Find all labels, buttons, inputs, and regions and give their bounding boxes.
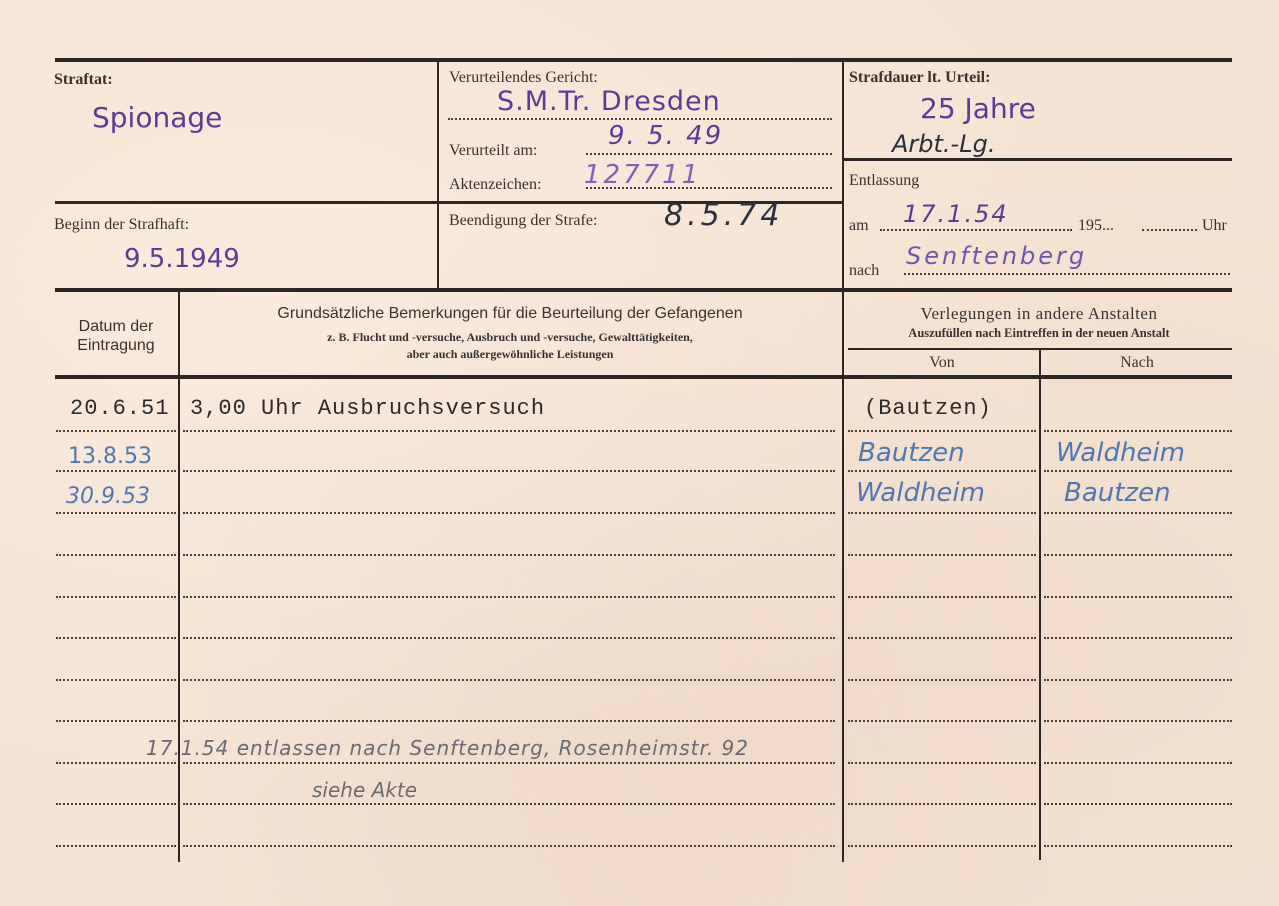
row-dotted-line (183, 845, 835, 847)
begin-value: 9.5.1949 (124, 244, 240, 274)
release-time-label: Uhr (1202, 217, 1227, 235)
release-year-label: 195... (1078, 217, 1114, 235)
end-value: 8.5.74 (664, 198, 783, 233)
row-dotted-line (848, 845, 1036, 847)
rule-table-header-bottom (55, 375, 1232, 379)
row-dotted-line (1044, 596, 1232, 598)
release-dest-value: Senftenberg (906, 242, 1087, 270)
row-dotted-line (848, 762, 1036, 764)
row-dotted-line (56, 554, 176, 556)
row3-date: 30.9.53 (66, 484, 150, 509)
row3-to: Bautzen (1064, 478, 1171, 508)
sentenced-on-value: 9. 5. 49 (608, 121, 723, 151)
row-dotted-line (56, 470, 176, 472)
row-dotted-line (848, 637, 1036, 639)
row1-remark: 3,00 Uhr Ausbruchsversuch (190, 396, 545, 421)
court-label: Verurteilendes Gericht: (449, 69, 598, 87)
row-dotted-line (183, 554, 835, 556)
sentence-value-labor-camp: Arbt.-Lg. (892, 130, 995, 158)
row-dotted-line (56, 762, 176, 764)
offense-label: Straftat: (54, 71, 113, 89)
release-note-line1: 17.1.54 entlassen nach Senftenberg, Rose… (146, 736, 749, 760)
row1-from: (Bautzen) (864, 396, 992, 421)
row-dotted-line (1044, 762, 1232, 764)
remarks-header-title: Grundsätzliche Bemerkungen für die Beurt… (182, 304, 838, 324)
release-label: Entlassung (849, 172, 919, 190)
sentence-value-years: 25 Jahre (920, 92, 1036, 125)
row-dotted-line (183, 637, 835, 639)
divider-von-nach (1039, 350, 1041, 860)
sentenced-on-dotted-line (586, 153, 832, 155)
sentence-label: Strafdauer lt. Urteil: (849, 69, 990, 87)
row-dotted-line (56, 845, 176, 847)
row-dotted-line (1044, 554, 1232, 556)
court-dotted-line (448, 118, 832, 120)
row-dotted-line (848, 596, 1036, 598)
row-dotted-line (183, 470, 835, 472)
release-note-line2: siehe Akte (312, 778, 417, 802)
court-value: S.M.Tr. Dresden (497, 86, 721, 117)
row-dotted-line (56, 720, 176, 722)
row-dotted-line (183, 762, 835, 764)
row-dotted-line (1044, 845, 1232, 847)
row-dotted-line (56, 679, 176, 681)
row-dotted-line (183, 679, 835, 681)
row-dotted-line (1044, 512, 1232, 514)
row-dotted-line (848, 803, 1036, 805)
row-dotted-line (1044, 430, 1232, 432)
date-header-line2: Eintragung (56, 336, 176, 355)
row-dotted-line (1044, 470, 1232, 472)
row-dotted-line (56, 430, 176, 432)
file-number-label: Aktenzeichen: (449, 176, 541, 194)
remarks-header-sub2: aber auch außergewöhnliche Leistungen (182, 346, 838, 362)
to-column-header: Nach (1042, 354, 1232, 372)
row2-date: 13.8.53 (68, 444, 152, 469)
release-am-label: am (849, 217, 869, 235)
remarks-header-sub1: z. B. Flucht und -versuche, Ausbruch und… (182, 328, 838, 346)
divider-col1-top (437, 62, 439, 290)
row-dotted-line (56, 512, 176, 514)
row-dotted-line (1044, 720, 1232, 722)
rule-transfer-subheader (848, 348, 1232, 350)
rule-table-top (55, 288, 1232, 292)
row-dotted-line (183, 512, 835, 514)
row-dotted-line (183, 720, 835, 722)
row-dotted-line (1044, 803, 1232, 805)
sentenced-on-label: Verurteilt am: (449, 142, 537, 160)
row-dotted-line (848, 430, 1036, 432)
row-dotted-line (183, 430, 835, 432)
begin-label: Beginn der Strafhaft: (54, 216, 189, 234)
file-number-value: 127711 (584, 160, 701, 190)
release-dest-label: nach (849, 262, 879, 280)
row-dotted-line (848, 679, 1036, 681)
date-column-header: Datum der Eintragung (56, 317, 176, 355)
transfers-column-header: Verlegungen in andere Anstalten Auszufül… (846, 303, 1232, 342)
row3-from: Waldheim (856, 478, 985, 508)
transfers-header-title: Verlegungen in andere Anstalten (846, 303, 1232, 324)
row-dotted-line (183, 803, 835, 805)
release-date-value: 17.1.54 (903, 200, 1009, 228)
end-label: Beendigung der Strafe: (449, 212, 597, 230)
row-dotted-line (1044, 679, 1232, 681)
date-header-line1: Datum der (56, 317, 176, 336)
transfers-header-sub: Auszufüllen nach Eintreffen in der neuen… (846, 324, 1232, 342)
release-date-dotted-line (880, 229, 1072, 231)
release-dest-dotted-line (904, 273, 1230, 275)
row-dotted-line (56, 803, 176, 805)
row1-date: 20.6.51 (70, 396, 169, 421)
row-dotted-line (1044, 637, 1232, 639)
row-dotted-line (183, 596, 835, 598)
row-dotted-line (848, 470, 1036, 472)
row-dotted-line (848, 720, 1036, 722)
release-time-dotted-line (1142, 229, 1197, 231)
row-dotted-line (848, 512, 1036, 514)
rule-sentence-section (844, 158, 1232, 161)
remarks-column-header: Grundsätzliche Bemerkungen für die Beurt… (182, 304, 838, 362)
row-dotted-line (56, 596, 176, 598)
row2-from: Bautzen (858, 438, 965, 468)
row2-to: Waldheim (1056, 438, 1185, 468)
row-dotted-line (848, 554, 1036, 556)
offense-value: Spionage (92, 101, 222, 134)
divider-col2-top (842, 62, 844, 290)
from-column-header: Von (846, 354, 1038, 372)
row-dotted-line (56, 637, 176, 639)
top-rule (55, 58, 1232, 62)
